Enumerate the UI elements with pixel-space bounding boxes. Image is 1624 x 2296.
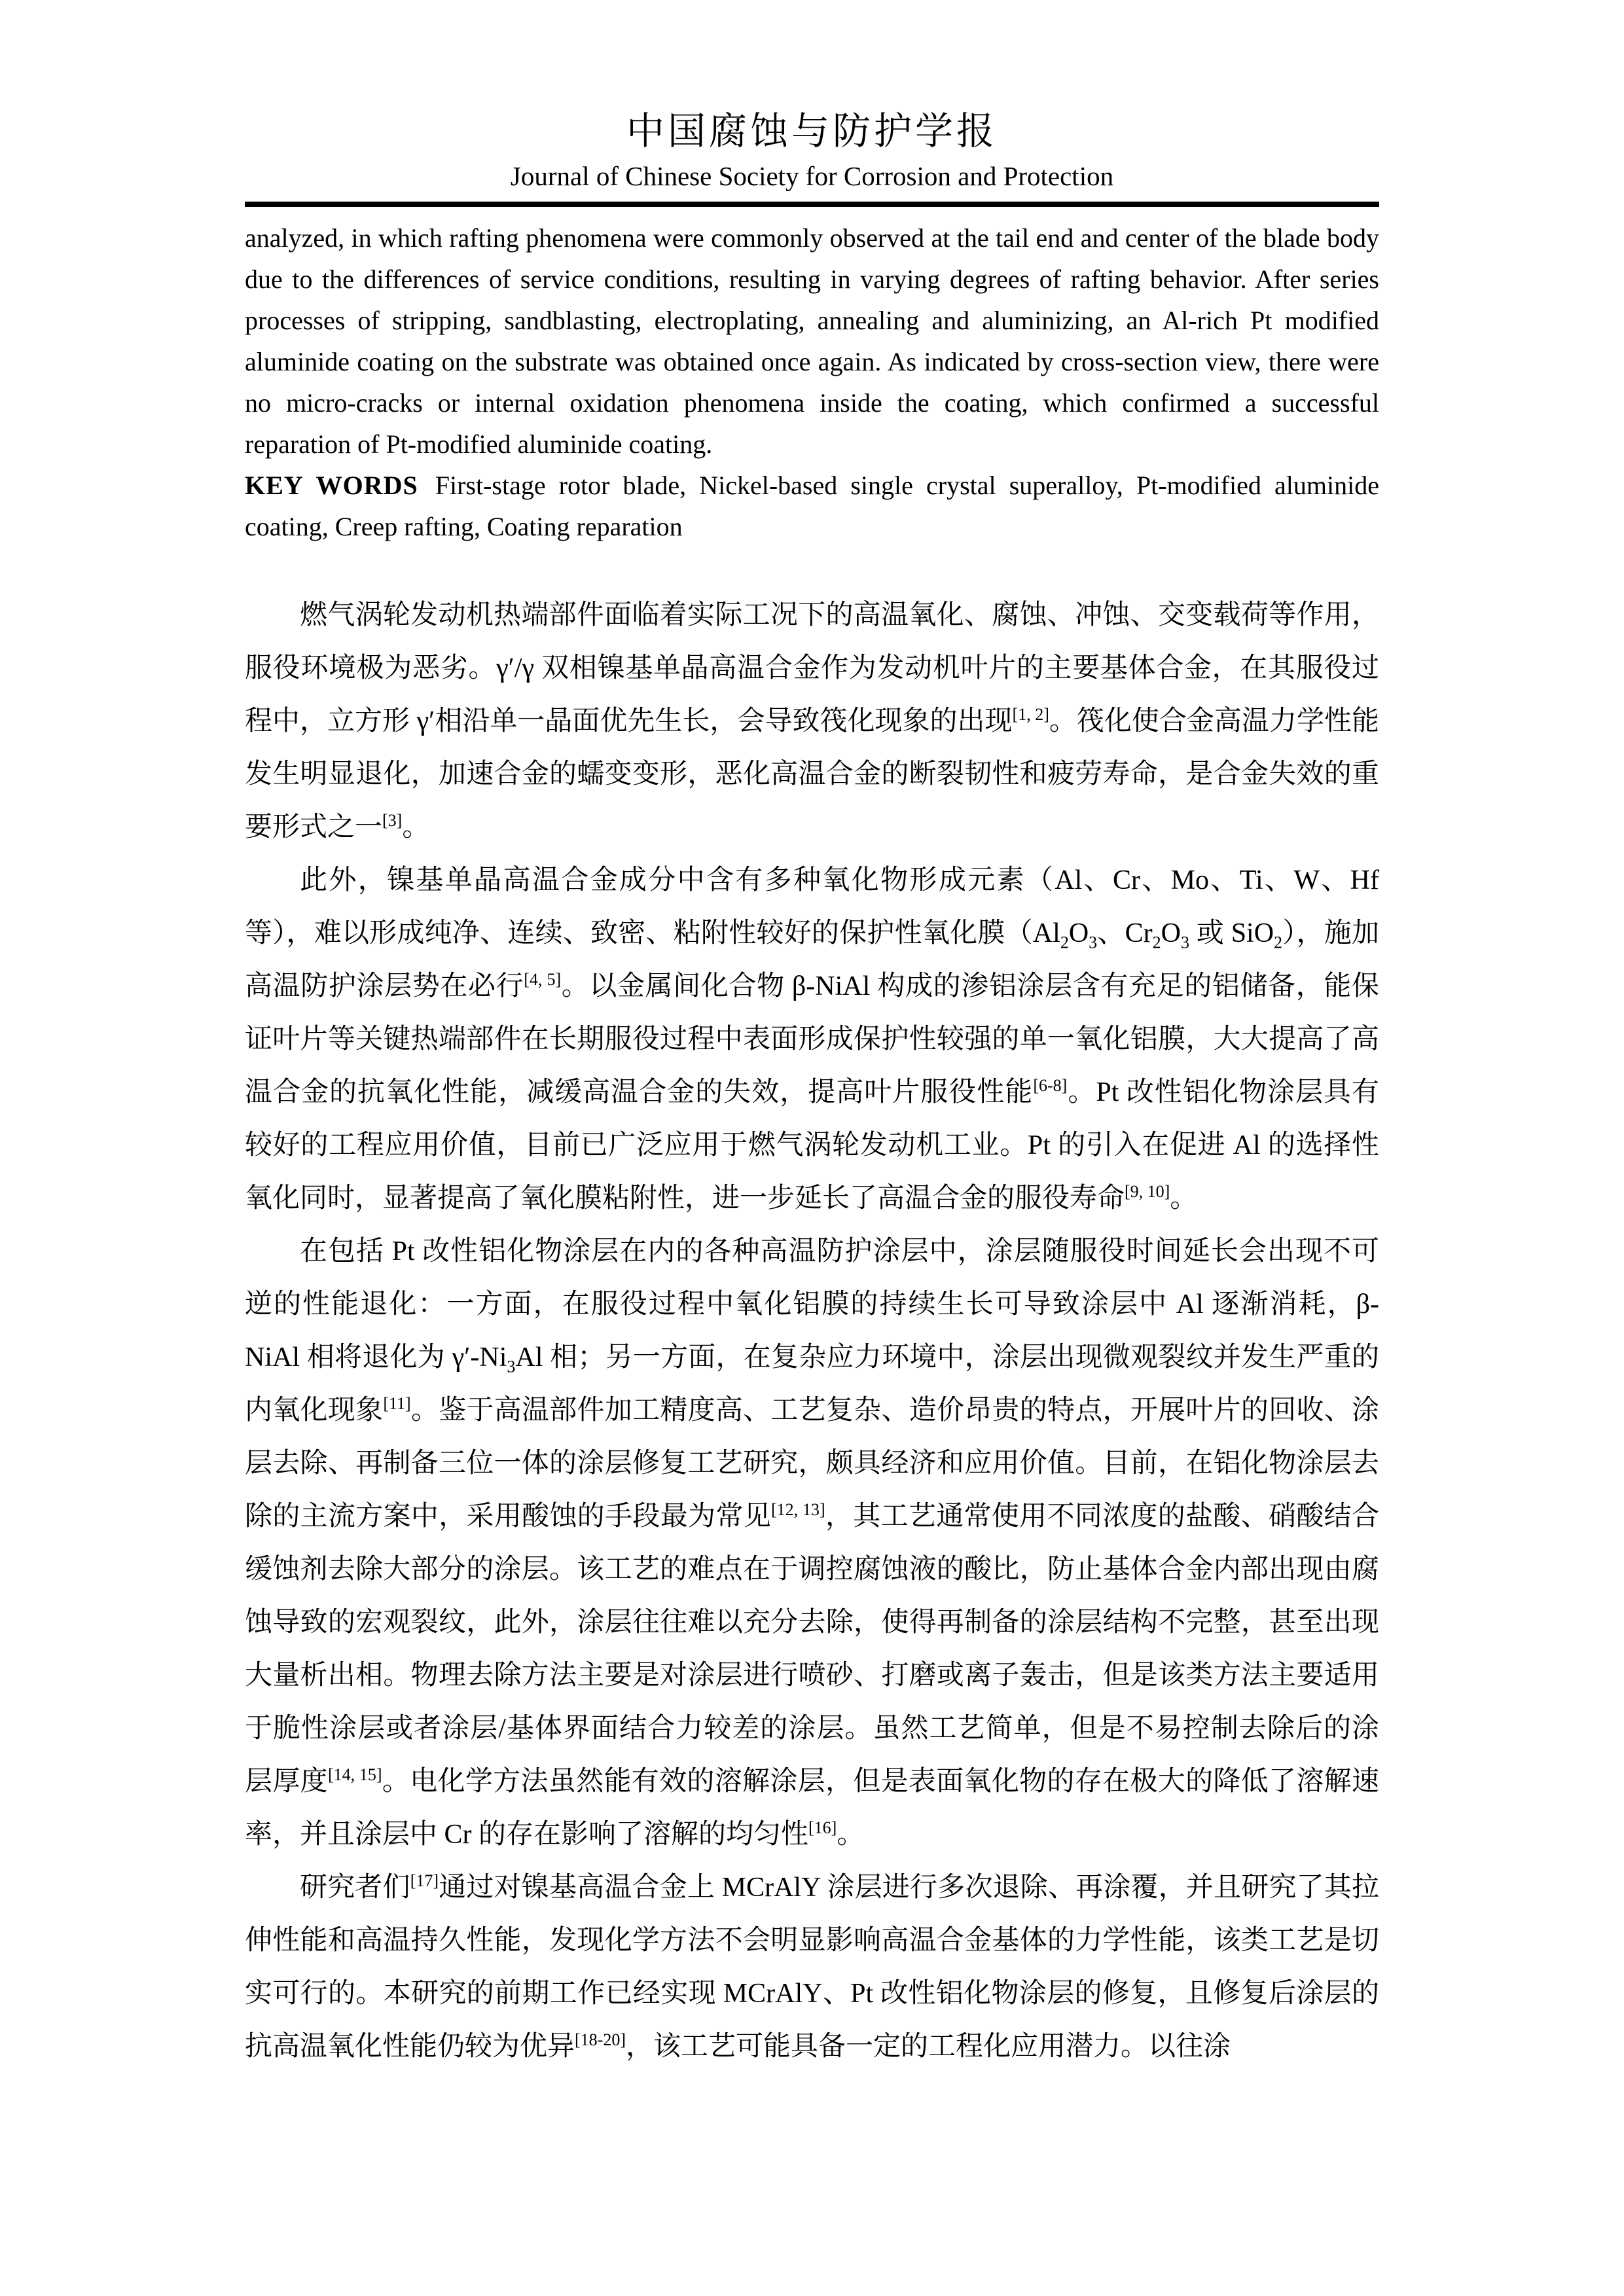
journal-title-en: Journal of Chinese Society for Corrosion… xyxy=(245,158,1379,194)
body-paragraph-1: 燃气涡轮发动机热端部件面临着实际工况下的高温氧化、腐蚀、冲蚀、交变载荷等作用，服… xyxy=(245,589,1379,854)
body-paragraph-2: 此外，镍基单晶高温合金成分中含有多种氧化物形成元素（Al、Cr、Mo、Ti、W、… xyxy=(245,854,1379,1225)
body-paragraph-3: 在包括 Pt 改性铝化物涂层在内的各种高温防护涂层中，涂层随服役时间延长会出现不… xyxy=(245,1225,1379,1861)
document-body: { "header": { "journal_title_zh": "中国腐蚀与… xyxy=(0,0,1624,2296)
abstract-section: analyzed, in which rafting phenomena wer… xyxy=(245,217,1379,547)
document-page: 中国腐蚀与防护学报 Journal of Chinese Society for… xyxy=(0,0,1624,2296)
journal-header: 中国腐蚀与防护学报 Journal of Chinese Society for… xyxy=(245,107,1379,207)
body-paragraph-4: 研究者们[17]通过对镍基高温合金上 MCrAlY 涂层进行多次退除、再涂覆，并… xyxy=(245,1861,1379,2073)
header-rule-divider xyxy=(245,202,1379,207)
journal-title-zh: 中国腐蚀与防护学报 xyxy=(245,107,1379,156)
keywords-line: KEY WORDSFirst-stage rotor blade, Nickel… xyxy=(245,465,1379,547)
abstract-continuation-text: analyzed, in which rafting phenomena wer… xyxy=(245,217,1379,465)
keywords-label: KEY WORDS xyxy=(245,471,418,500)
main-text-section: 燃气涡轮发动机热端部件面临着实际工况下的高温氧化、腐蚀、冲蚀、交变载荷等作用，服… xyxy=(245,589,1379,2073)
